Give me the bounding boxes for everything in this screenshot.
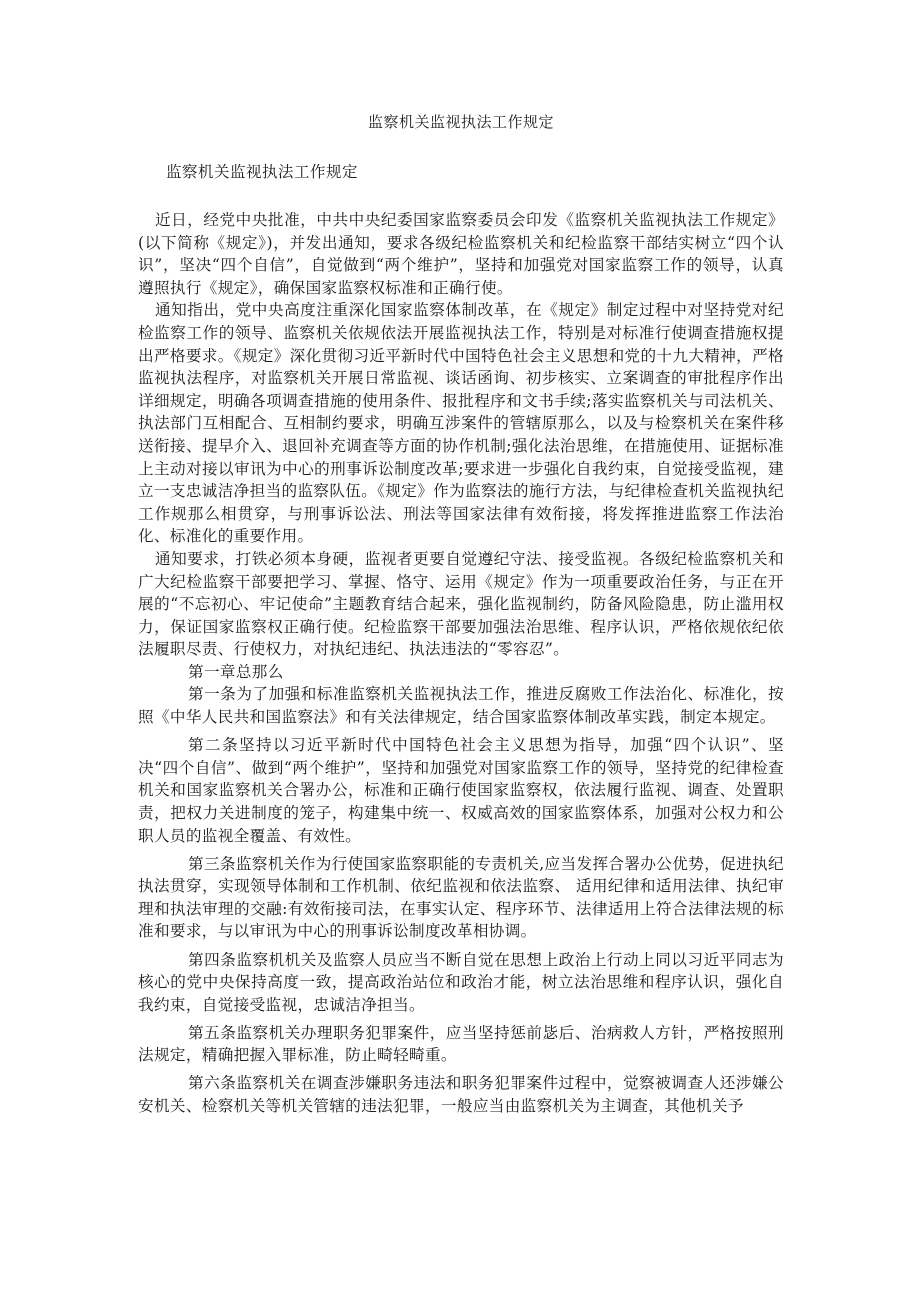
- article-paragraph: 第四条监察机机关及监察人员应当不断自觉在思想上政治上行动上同以习近平同志为核心的…: [138, 949, 784, 1017]
- document-body: 近日，经党中央批准，中共中央纪委国家监察委员会印发《监察机关监视执法工作规定》(…: [138, 209, 784, 1118]
- chapter-heading: 第一章总那么: [138, 661, 784, 684]
- article-paragraph: 第一条为了加强和标准监察机关监视执法工作，推进反腐败工作法治化、标准化，按照《中…: [138, 683, 784, 728]
- document-title: 监察机关监视执法工作规定: [138, 112, 784, 132]
- intro-paragraph: 通知要求，打铁必须本身硬，监视者更要自觉遵纪守法、接受监视。各级纪检监察机关和广…: [138, 548, 784, 661]
- intro-paragraph: 通知指出，党中央高度注重深化国家监察体制改革，在《规定》制定过程中对坚持党对纪检…: [138, 299, 784, 548]
- article-paragraph: 第六条监察机关在调查涉嫌职务违法和职务犯罪案件过程中，觉察被调查人还涉嫌公安机关…: [138, 1072, 784, 1117]
- article-paragraph: 第三条监察机关作为行使国家监察职能的专责机关,应当发挥合署办公优势，促进执纪执法…: [138, 853, 784, 943]
- article-paragraph: 第五条监察机关办理职务犯罪案件，应当坚持惩前毖后、治病救人方针，严格按照刑法规定…: [138, 1022, 784, 1067]
- intro-paragraph: 近日，经党中央批准，中共中央纪委国家监察委员会印发《监察机关监视执法工作规定》(…: [138, 209, 784, 299]
- article-paragraph: 第二条坚持以习近平新时代中国特色社会主义思想为指导，加强“四个认识”、坚决“四个…: [138, 734, 784, 847]
- document-subtitle: 监察机关监视执法工作规定: [166, 162, 358, 182]
